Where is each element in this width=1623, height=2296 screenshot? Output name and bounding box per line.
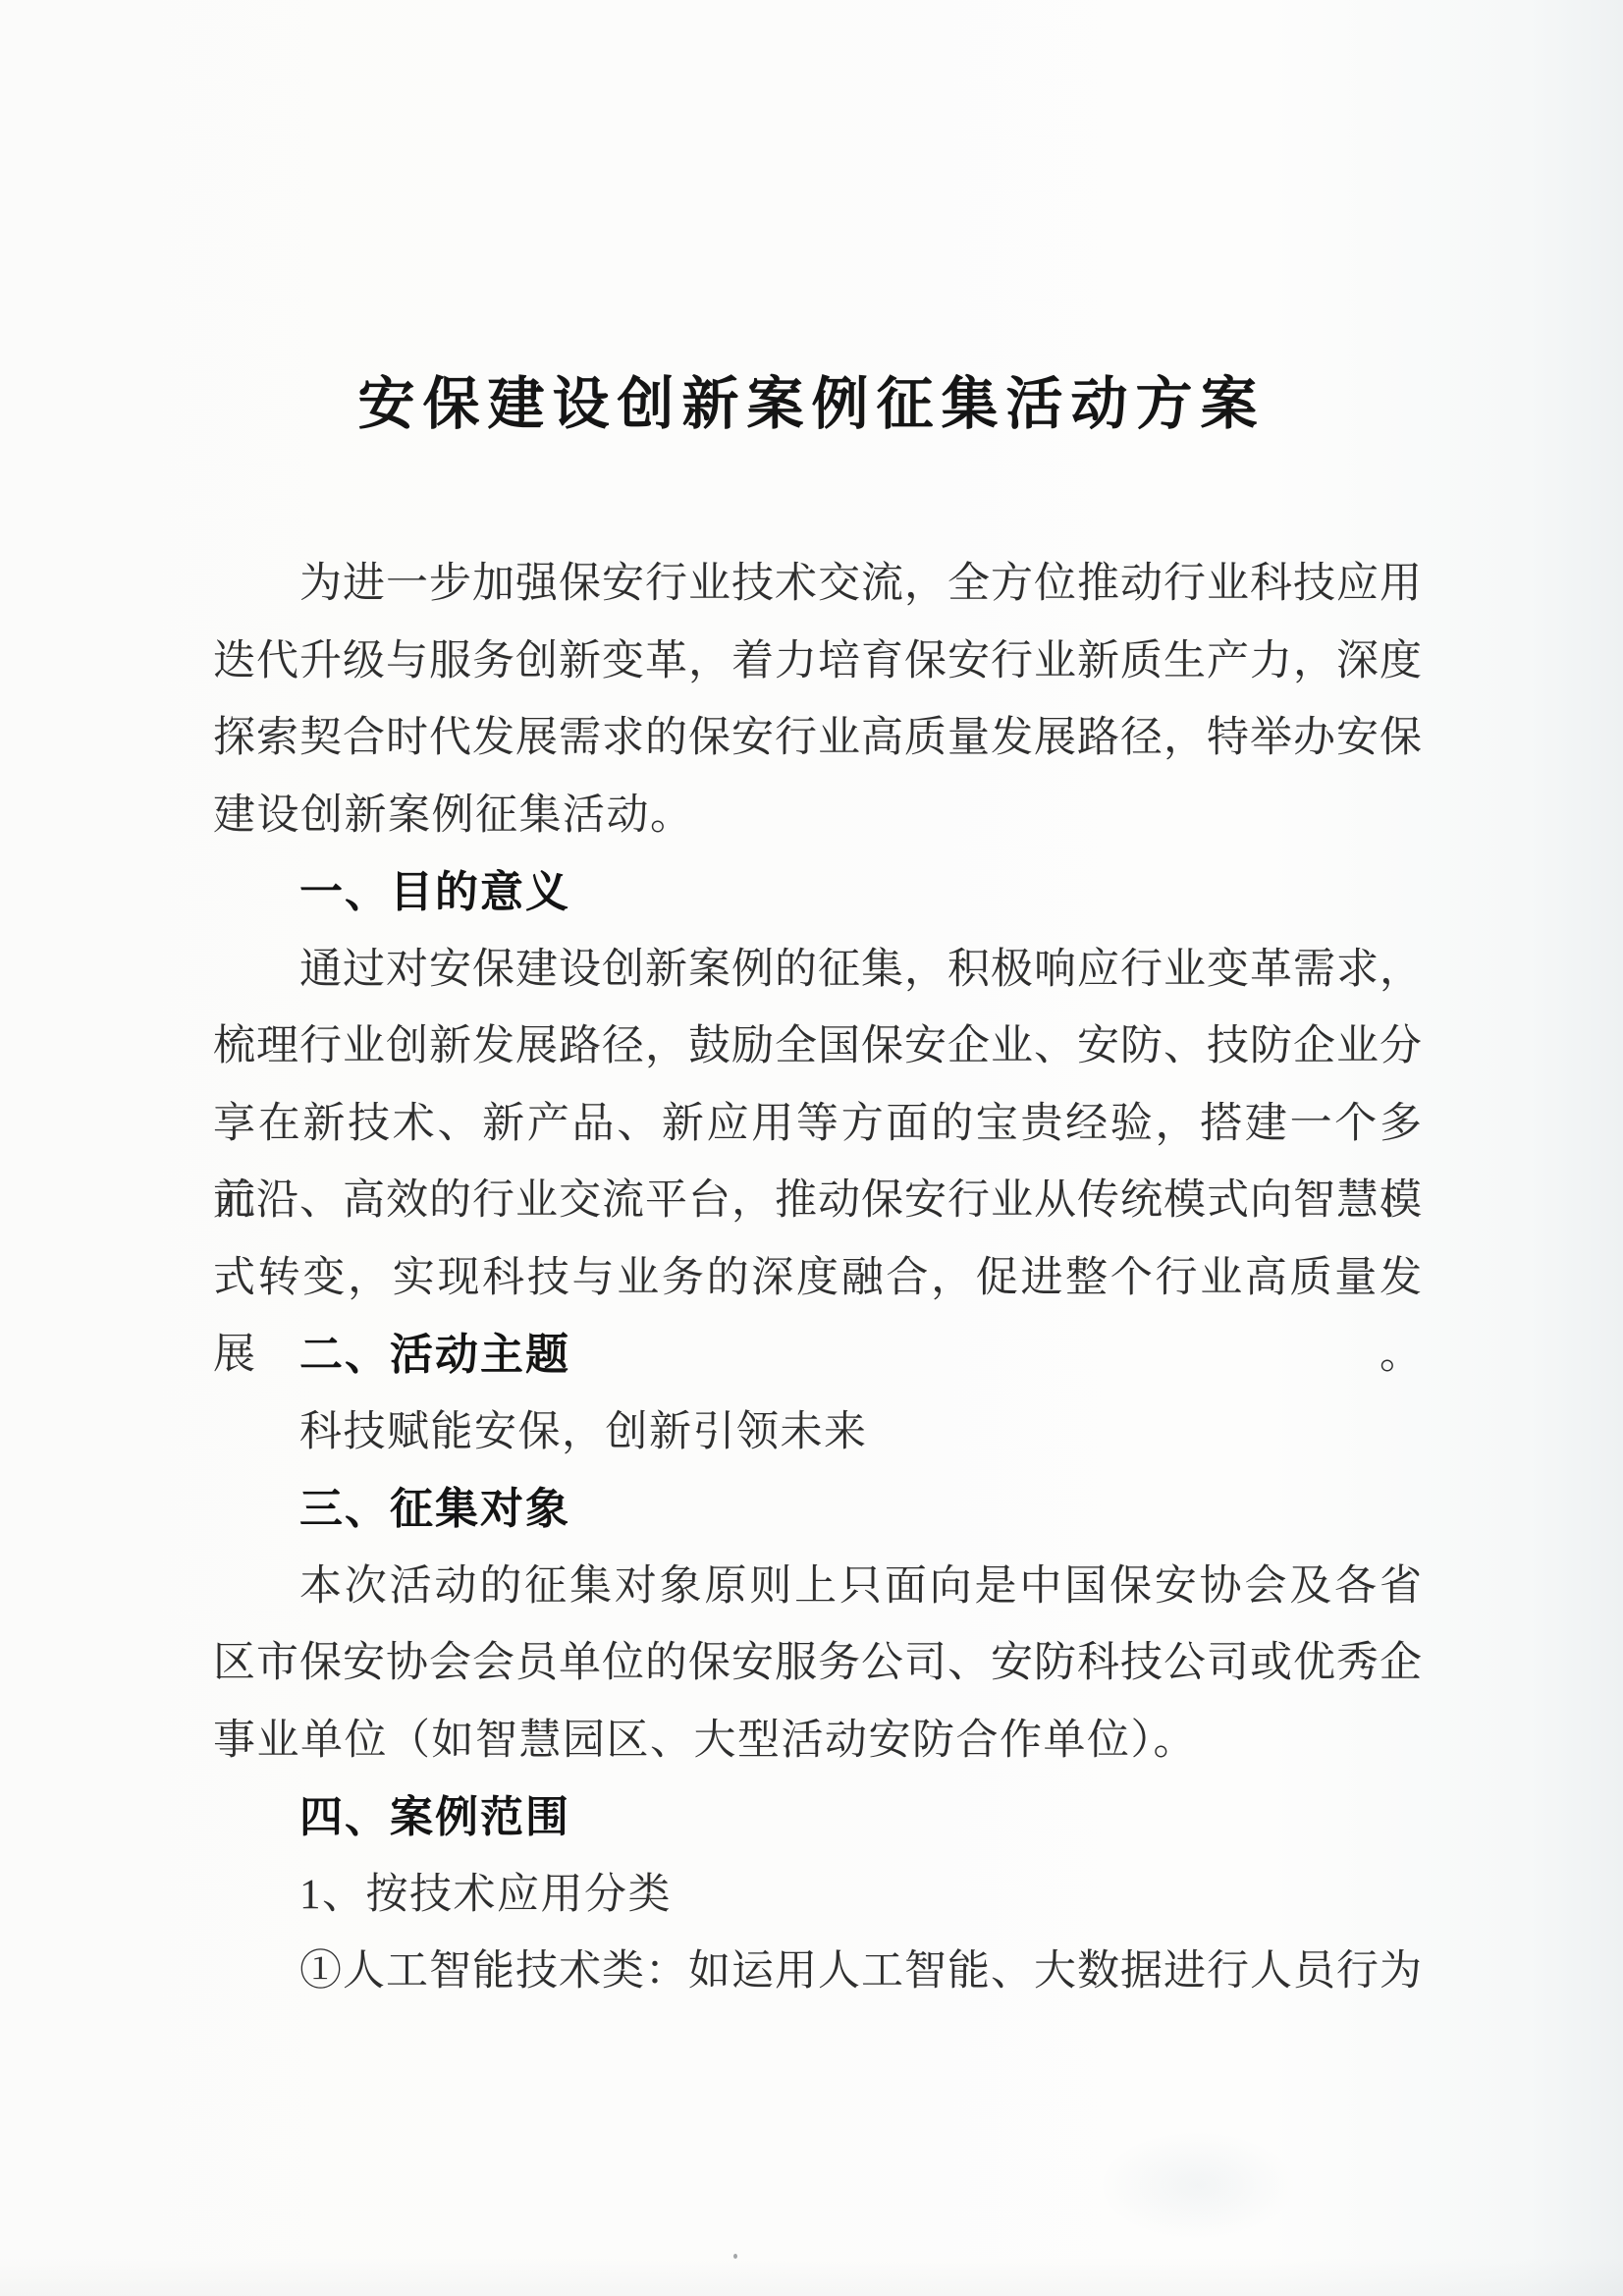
classification-item-line: 1、按技术应用分类 [213,1857,1422,1935]
paragraph-2-line-3: 享在新技术、新产品、新应用等方面的宝贵经验，搭建一个多元、 [213,1086,1422,1164]
section-heading-4: 四、案例范围 [213,1779,1422,1857]
ai-category-line: ①人工智能技术类：如运用人工智能、大数据进行人员行为 [213,1934,1422,2011]
document-body: 为进一步加强保安行业技术交流，全方位推动行业科技应用 迭代升级与服务创新变革，着… [213,546,1422,2011]
paragraph-2-line-2: 梳理行业创新发展路径，鼓励全国保安企业、安防、技防企业分 [213,1009,1422,1086]
paragraph-1-line-3: 探索契合时代发展需求的保安行业高质量发展路径，特举办安保 [213,700,1422,778]
paragraph-4-line-2: 区市保安协会会员单位的保安服务公司、安防科技公司或优秀企 [213,1625,1422,1703]
paragraph-1-line-2: 迭代升级与服务创新变革，着力培育保安行业新质生产力，深度 [213,624,1422,701]
paragraph-4-line-3: 事业单位（如智慧园区、大型活动安防合作单位）。 [213,1703,1422,1780]
paragraph-2-line-5: 式转变，实现科技与业务的深度融合，促进整个行业高质量发展。 [213,1240,1422,1318]
scanned-document-page: 安保建设创新案例征集活动方案 为进一步加强保安行业技术交流，全方位推动行业科技应… [0,0,1623,2296]
paragraph-1-line-1: 为进一步加强保安行业技术交流，全方位推动行业科技应用 [213,546,1422,624]
document-title: 安保建设创新案例征集活动方案 [0,369,1623,440]
activity-theme-line: 科技赋能安保，创新引领未来 [213,1394,1422,1472]
scan-speck [733,2254,737,2259]
paragraph-2-line-4: 前沿、高效的行业交流平台，推动保安行业从传统模式向智慧模 [213,1163,1422,1240]
paragraph-1-line-4: 建设创新案例征集活动。 [213,778,1422,855]
section-heading-1: 一、目的意义 [213,854,1422,932]
paragraph-4-line-1: 本次活动的征集对象原则上只面向是中国保安协会及各省 [213,1549,1422,1626]
section-heading-3: 三、征集对象 [213,1471,1422,1549]
paragraph-2-line-1: 通过对安保建设创新案例的征集，积极响应行业变革需求， [213,932,1422,1010]
scan-smudge [1100,2131,1296,2239]
